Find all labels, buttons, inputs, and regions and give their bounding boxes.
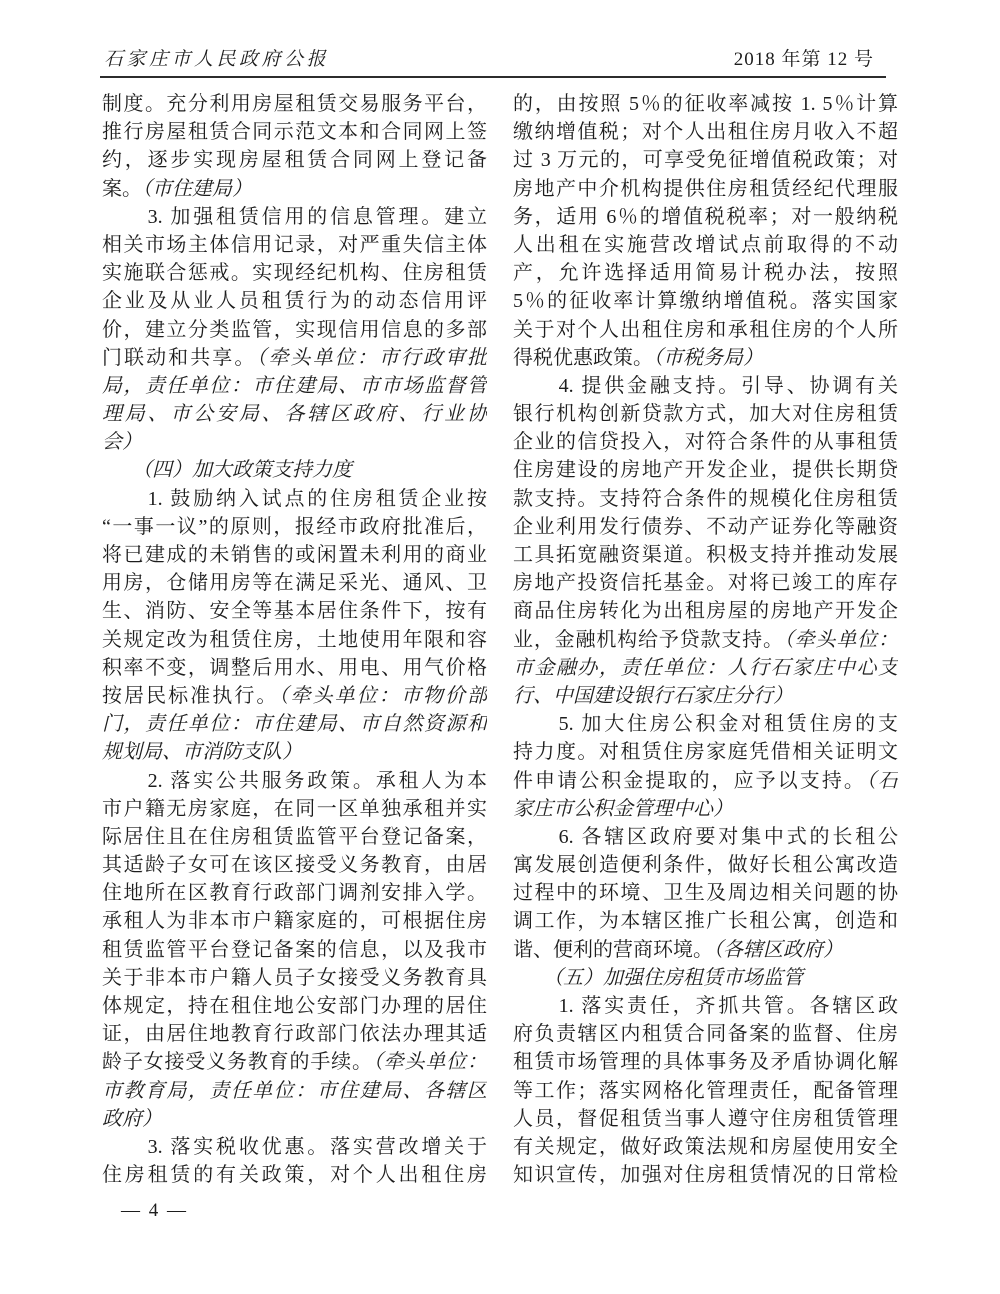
text-line: 企业及从业人员租赁行为的动态信用评 xyxy=(102,287,487,315)
body-text-segment: 住房建设的房地产开发企业，提供长期贷 xyxy=(513,459,898,481)
body-text-segment: 房地产投资信托基金。对将已竣工的库存 xyxy=(513,572,898,594)
kaiti-text-segment: （牵头单位： xyxy=(784,629,898,651)
body-text-segment: 5％的征收率计算缴纳增值税。落实国家 xyxy=(513,290,898,312)
text-line: 会） xyxy=(102,428,487,456)
content-columns: 制度。充分利用房屋租赁交易服务平台，推行房屋租赁合同示范文本和合同网上签约，逐步… xyxy=(102,90,898,1189)
body-text-segment: 价，建立分类监管，实现信用信息的多部 xyxy=(102,319,487,341)
text-line: 体规定，持在租住地公安部门办理的居住 xyxy=(102,992,487,1020)
text-line: 家庄市公积金管理中心） xyxy=(513,795,898,823)
text-line: 府负责辖区内租赁合同备案的监督、住房 xyxy=(513,1020,898,1048)
text-line: 的，由按照 5％的征收率减按 1. 5％计算 xyxy=(513,90,898,118)
kaiti-text-segment: 会） xyxy=(102,431,142,453)
text-line: 推行房屋租赁合同示范文本和合同网上签 xyxy=(102,118,487,146)
kaiti-text-segment: （牵头单位：市行政审批 xyxy=(256,347,487,369)
text-line: 生、消防、安全等基本居住条件下，按有 xyxy=(102,597,487,625)
text-line: （四）加大政策支持力度 xyxy=(102,456,487,484)
text-line: 人员，督促租赁当事人遵守住房租赁管理 xyxy=(513,1105,898,1133)
text-line: 件申请公积金提取的，应予以支持。（石 xyxy=(513,767,898,795)
body-text-segment: 推行房屋租赁合同示范文本和合同网上签 xyxy=(102,121,487,143)
text-line: 制度。充分利用房屋租赁交易服务平台， xyxy=(102,90,487,118)
body-text-segment: 工具拓宽融资渠道。积极支持并推动发展 xyxy=(513,544,898,566)
text-line: 租赁市场管理的具体事务及矛盾协调化解 xyxy=(513,1048,898,1076)
body-text-segment: 有关规定，做好政策法规和房屋使用安全 xyxy=(513,1136,898,1158)
text-line: 市金融办，责任单位：人行石家庄中心支 xyxy=(513,654,898,682)
text-line: 理局、市公安局、各辖区政府、行业协 xyxy=(102,400,487,428)
body-text-segment: 用房，仓储用房等在满足采光、通风、卫 xyxy=(102,572,487,594)
body-text-segment: 生、消防、安全等基本居住条件下，按有 xyxy=(102,600,487,622)
text-line: 商品住房转化为出租房屋的房地产开发企 xyxy=(513,597,898,625)
body-text-segment: 过 3 万元的，可享受免征增值税政策；对 xyxy=(513,149,898,171)
text-line: 款支持。支持符合条件的规模化住房租赁 xyxy=(513,485,898,513)
body-text-segment: 寓发展创造便利条件，做好长租公寓改造 xyxy=(513,854,898,876)
text-line: 证，由居住地教育行政部门依法办理其适 xyxy=(102,1020,487,1048)
body-text-segment: 府负责辖区内租赁合同备案的监督、住房 xyxy=(513,1023,898,1045)
text-line: 政府） xyxy=(102,1105,487,1133)
text-line: 6. 各辖区政府要对集中式的长租公 xyxy=(513,823,898,851)
text-line: 5％的征收率计算缴纳增值税。落实国家 xyxy=(513,287,898,315)
text-line: 3. 落实税收优惠。落实营改增关于 xyxy=(102,1133,487,1161)
body-text-segment: 款支持。支持符合条件的规模化住房租赁 xyxy=(513,488,898,510)
text-line: 缴纳增值税；对个人出租住房月收入不超 xyxy=(513,118,898,146)
text-line: 有关规定，做好政策法规和房屋使用安全 xyxy=(513,1133,898,1161)
text-line: 等工作；落实网格化管理责任，配备管理 xyxy=(513,1077,898,1105)
text-line: 人出租在实施营改增试点前取得的不动 xyxy=(513,231,898,259)
body-text-segment: 体规定，持在租住地公安部门办理的居住 xyxy=(102,995,487,1017)
page-number: — 4 — xyxy=(121,1200,188,1222)
text-line: 积率不变，调整后用水、用电、用气价格 xyxy=(102,654,487,682)
text-line: 谐、便利的营商环境。（各辖区政府） xyxy=(513,936,898,964)
text-line: 房地产中介机构提供住房租赁经纪代理服 xyxy=(513,175,898,203)
body-text-segment: 产，允许选择适用简易计税办法，按照 xyxy=(513,262,898,284)
body-text-segment: 制度。充分利用房屋租赁交易服务平台， xyxy=(102,93,487,115)
text-line: 业，金融机构给予贷款支持。（牵头单位： xyxy=(513,626,898,654)
body-text-segment: 案。 xyxy=(102,178,142,200)
text-line: 过程中的环境、卫生及周边相关问题的协 xyxy=(513,879,898,907)
text-line: 企业的信贷投入，对符合条件的从事租赁 xyxy=(513,428,898,456)
text-line: 际居住且在住房租赁监管平台登记备案， xyxy=(102,823,487,851)
body-text-segment: 约，逐步实现房屋租赁合同网上登记备 xyxy=(102,149,487,171)
right-column: 的，由按照 5％的征收率减按 1. 5％计算缴纳增值税；对个人出租住房月收入不超… xyxy=(513,90,898,1189)
body-text-segment: “一事一议”的原则，报经市政府批准后， xyxy=(102,516,487,538)
text-line: 用房，仓储用房等在满足采光、通风、卫 xyxy=(102,569,487,597)
text-line: 寓发展创造便利条件，做好长租公寓改造 xyxy=(513,851,898,879)
body-text-segment: 4. 提供金融支持。引导、协调有关 xyxy=(513,375,898,397)
text-line: 市户籍无房家庭，在同一区单独承租并实 xyxy=(102,795,487,823)
body-text-segment: 租赁监管平台登记备案的信息，以及我市 xyxy=(102,939,487,961)
body-text-segment: 过程中的环境、卫生及周边相关问题的协 xyxy=(513,882,898,904)
text-line: 住房建设的房地产开发企业，提供长期贷 xyxy=(513,456,898,484)
body-text-segment: 按居民标准执行。 xyxy=(102,685,278,707)
text-line: 得税优惠政策。（市税务局） xyxy=(513,344,898,372)
body-text-segment: 等工作；落实网格化管理责任，配备管理 xyxy=(513,1080,898,1102)
body-text-segment: 缴纳增值税；对个人出租住房月收入不超 xyxy=(513,121,898,143)
body-text-segment: 银行机构创新贷款方式，加大对住房租赁 xyxy=(513,403,898,425)
kaiti-text-segment: 理局、市公安局、各辖区政府、行业协 xyxy=(102,403,487,425)
gazette-title: 石家庄市人民政府公报 xyxy=(104,44,329,71)
text-line: 住地所在区教育行政部门调剂安排入学。 xyxy=(102,879,487,907)
text-line: 产，允许选择适用简易计税办法，按照 xyxy=(513,259,898,287)
text-line: 1. 落实责任，齐抓共管。各辖区政 xyxy=(513,992,898,1020)
kaiti-text-segment: （牵头单位：市物价部 xyxy=(278,685,487,707)
text-line: 房地产投资信托基金。对将已竣工的库存 xyxy=(513,569,898,597)
body-text-segment: 际居住且在住房租赁监管平台登记备案， xyxy=(102,826,487,848)
body-text-segment: 业，金融机构给予贷款支持。 xyxy=(513,629,784,651)
text-line: 务，适用 6％的增值税税率；对一般纳税 xyxy=(513,203,898,231)
body-text-segment: 企业利用发行债券、不动产证券化等融资 xyxy=(513,516,898,538)
kaiti-text-segment: （牵头单位： xyxy=(373,1051,487,1073)
text-line: 企业利用发行债券、不动产证券化等融资 xyxy=(513,513,898,541)
text-line: 5. 加大住房公积金对租赁住房的支 xyxy=(513,710,898,738)
text-line: 规划局、市消防支队） xyxy=(102,738,487,766)
text-line: 局，责任单位：市住建局、市市场监督管 xyxy=(102,372,487,400)
body-text-segment: 承租人为非本市户籍家庭的，可根据住房 xyxy=(102,910,487,932)
body-text-segment: 的，由按照 5％的征收率减按 1. 5％计算 xyxy=(513,93,898,115)
text-line: 租赁监管平台登记备案的信息，以及我市 xyxy=(102,936,487,964)
body-text-segment: 1. 鼓励纳入试点的住房租赁企业按 xyxy=(102,488,487,510)
text-line: 龄子女接受义务教育的手续。（牵头单位： xyxy=(102,1048,487,1076)
body-text-segment: 关于非本市户籍人员子女接受义务教育具 xyxy=(102,967,487,989)
text-line: 相关市场主体信用记录，对严重失信主体 xyxy=(102,231,487,259)
text-line: 2. 落实公共服务政策。承租人为本 xyxy=(102,767,487,795)
body-text-segment: 1. 落实责任，齐抓共管。各辖区政 xyxy=(513,995,898,1017)
text-line: 关于非本市户籍人员子女接受义务教育具 xyxy=(102,964,487,992)
left-column: 制度。充分利用房屋租赁交易服务平台，推行房屋租赁合同示范文本和合同网上签约，逐步… xyxy=(102,90,487,1189)
body-text-segment: 务，适用 6％的增值税税率；对一般纳税 xyxy=(513,206,898,228)
body-text-segment: 6. 各辖区政府要对集中式的长租公 xyxy=(513,826,898,848)
kaiti-text-segment: 行、中国建设银行石家庄分行） xyxy=(513,685,793,707)
body-text-segment: 住地所在区教育行政部门调剂安排入学。 xyxy=(102,882,487,904)
kaiti-text-segment: 规划局、市消防支队） xyxy=(102,741,302,763)
text-line: 3. 加强租赁信用的信息管理。建立 xyxy=(102,203,487,231)
body-text-segment: 其适龄子女可在该区接受义务教育，由居 xyxy=(102,854,487,876)
kaiti-text-segment: 门，责任单位：市住建局、市自然资源和 xyxy=(102,713,487,735)
text-line: 行、中国建设银行石家庄分行） xyxy=(513,682,898,710)
text-line: 工具拓宽融资渠道。积极支持并推动发展 xyxy=(513,541,898,569)
body-text-segment: 持力度。对租赁住房家庭凭借相关证明文 xyxy=(513,741,898,763)
body-text-segment: 3. 落实税收优惠。落实营改增关于 xyxy=(102,1136,487,1158)
body-text-segment: 证，由居住地教育行政部门依法办理其适 xyxy=(102,1023,487,1045)
text-line: 门，责任单位：市住建局、市自然资源和 xyxy=(102,710,487,738)
text-line: 案。（市住建局） xyxy=(102,175,487,203)
issue-number: 2018 年第 12 号 xyxy=(734,44,874,71)
text-line: “一事一议”的原则，报经市政府批准后， xyxy=(102,513,487,541)
body-text-segment: 3. 加强租赁信用的信息管理。建立 xyxy=(102,206,487,228)
kaiti-text-segment: （五）加强住房租赁市场监管 xyxy=(513,967,803,989)
text-line: 住房租赁的有关政策，对个人出租住房 xyxy=(102,1161,487,1189)
text-line: 价，建立分类监管，实现信用信息的多部 xyxy=(102,316,487,344)
body-text-segment: 得税优惠政策。 xyxy=(513,347,653,369)
text-line: 关规定改为租赁住房，土地使用年限和容 xyxy=(102,626,487,654)
body-text-segment: 调工作，为本辖区推广长租公寓，创造和 xyxy=(513,910,898,932)
body-text-segment: 积率不变，调整后用水、用电、用气价格 xyxy=(102,657,487,679)
text-line: 市教育局，责任单位：市住建局、各辖区 xyxy=(102,1077,487,1105)
kaiti-text-segment: 政府） xyxy=(102,1108,162,1130)
kaiti-text-segment: 市教育局，责任单位：市住建局、各辖区 xyxy=(102,1080,487,1102)
body-text-segment: 谐、便利的营商环境。 xyxy=(513,939,713,961)
body-text-segment: 住房租赁的有关政策，对个人出租住房 xyxy=(102,1164,487,1186)
text-line: 4. 提供金融支持。引导、协调有关 xyxy=(513,372,898,400)
text-line: 实施联合惩戒。实现经纪机构、住房租赁 xyxy=(102,259,487,287)
text-line: 过 3 万元的，可享受免征增值税政策；对 xyxy=(513,146,898,174)
body-text-segment: 2. 落实公共服务政策。承租人为本 xyxy=(102,770,487,792)
text-line: 1. 鼓励纳入试点的住房租赁企业按 xyxy=(102,485,487,513)
body-text-segment: 人出租在实施营改增试点前取得的不动 xyxy=(513,234,898,256)
kaiti-text-segment: （市税务局） xyxy=(653,347,763,369)
body-text-segment: 关规定改为租赁住房，土地使用年限和容 xyxy=(102,629,487,651)
kaiti-text-segment: （市住建局） xyxy=(142,178,252,200)
gazette-page: 石家庄市人民政府公报 2018 年第 12 号 制度。充分利用房屋租赁交易服务平… xyxy=(0,0,1000,1294)
body-text-segment: 企业的信贷投入，对符合条件的从事租赁 xyxy=(513,431,898,453)
text-line: 知识宣传，加强对住房租赁情况的日常检 xyxy=(513,1161,898,1189)
body-text-segment: 将已建成的未销售的或闲置未利用的商业 xyxy=(102,544,487,566)
body-text-segment: 人员，督促租赁当事人遵守住房租赁管理 xyxy=(513,1108,898,1130)
body-text-segment: 门联动和共享。 xyxy=(102,347,256,369)
body-text-segment: 龄子女接受义务教育的手续。 xyxy=(102,1051,373,1073)
kaiti-text-segment: （石 xyxy=(866,770,898,792)
kaiti-text-segment: 市金融办，责任单位：人行石家庄中心支 xyxy=(513,657,898,679)
kaiti-text-segment: 局，责任单位：市住建局、市市场监督管 xyxy=(102,375,487,397)
body-text-segment: 实施联合惩戒。实现经纪机构、住房租赁 xyxy=(102,262,487,284)
body-text-segment: 相关市场主体信用记录，对严重失信主体 xyxy=(102,234,487,256)
text-line: 门联动和共享。（牵头单位：市行政审批 xyxy=(102,344,487,372)
body-text-segment: 租赁市场管理的具体事务及矛盾协调化解 xyxy=(513,1051,898,1073)
kaiti-text-segment: （四）加大政策支持力度 xyxy=(102,459,352,481)
body-text-segment: 知识宣传，加强对住房租赁情况的日常检 xyxy=(513,1164,898,1186)
text-line: 将已建成的未销售的或闲置未利用的商业 xyxy=(102,541,487,569)
body-text-segment: 关于对个人出租住房和承租住房的个人所 xyxy=(513,319,898,341)
body-text-segment: 5. 加大住房公积金对租赁住房的支 xyxy=(513,713,898,735)
text-line: 承租人为非本市户籍家庭的，可根据住房 xyxy=(102,907,487,935)
kaiti-text-segment: 家庄市公积金管理中心） xyxy=(513,798,733,820)
body-text-segment: 房地产中介机构提供住房租赁经纪代理服 xyxy=(513,178,898,200)
text-line: 约，逐步实现房屋租赁合同网上登记备 xyxy=(102,146,487,174)
kaiti-text-segment: （各辖区政府） xyxy=(713,939,843,961)
text-line: （五）加强住房租赁市场监管 xyxy=(513,964,898,992)
text-line: 按居民标准执行。（牵头单位：市物价部 xyxy=(102,682,487,710)
header-rule xyxy=(100,76,886,78)
body-text-segment: 企业及从业人员租赁行为的动态信用评 xyxy=(102,290,487,312)
page-header: 石家庄市人民政府公报 2018 年第 12 号 xyxy=(104,44,874,71)
body-text-segment: 商品住房转化为出租房屋的房地产开发企 xyxy=(513,600,898,622)
body-text-segment: 件申请公积金提取的，应予以支持。 xyxy=(513,770,866,792)
text-line: 持力度。对租赁住房家庭凭借相关证明文 xyxy=(513,738,898,766)
text-line: 调工作，为本辖区推广长租公寓，创造和 xyxy=(513,907,898,935)
body-text-segment: 市户籍无房家庭，在同一区单独承租并实 xyxy=(102,798,487,820)
text-line: 其适龄子女可在该区接受义务教育，由居 xyxy=(102,851,487,879)
text-line: 银行机构创新贷款方式，加大对住房租赁 xyxy=(513,400,898,428)
text-line: 关于对个人出租住房和承租住房的个人所 xyxy=(513,316,898,344)
